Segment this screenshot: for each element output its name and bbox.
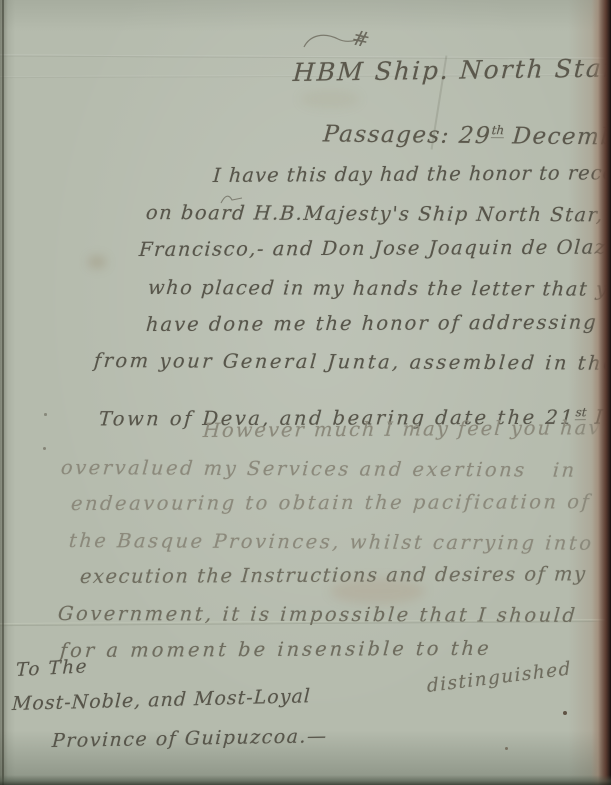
catchword: distinguished — [426, 658, 572, 697]
left-edge-line — [2, 0, 4, 785]
heading-ship-line: HBM Ship. North Star. — [292, 53, 611, 87]
body-line: I have this day had the honor to receive — [212, 161, 611, 187]
stain-smudge — [88, 256, 106, 268]
body-line: on board H.B.Majesty's Ship North Star, … — [145, 201, 611, 227]
heading-date-pre: Passages: 29 — [322, 121, 492, 149]
stain-speck — [563, 711, 567, 715]
body-line: who placed in my hands the letter that y… — [147, 276, 611, 301]
address-line-3: Province of Guipuzcoa.— — [51, 725, 328, 752]
body-line: Government, it is impossible that I shou… — [57, 602, 578, 627]
body-line: the Basque Provinces, whilst carrying in… — [68, 529, 594, 555]
body-line: However much I may feel you have — [202, 416, 611, 442]
stain-speck — [44, 413, 47, 416]
body-line: for a moment be insensible to the — [59, 637, 492, 662]
body-line: overvalued my Services and exertions in — [60, 456, 577, 482]
address-line-1: To The — [16, 656, 88, 681]
address-line-2: Most-Noble, and Most-Loyal — [12, 685, 312, 715]
bottom-edge-shadow — [0, 775, 611, 785]
stain-speck — [43, 447, 46, 450]
body-line: execution the Instructions and desires o… — [79, 562, 587, 588]
left-edge-shadow — [0, 0, 8, 785]
body-line: have done me the honor of addressing to … — [145, 310, 611, 336]
body-line: endeavouring to obtain the pacification … — [70, 490, 592, 515]
hash-mark: # — [350, 25, 372, 52]
body-line: from your General Junta, assembled in th… — [93, 349, 611, 375]
body-line: Francisco,- and Don Jose Joaquin de Olaz… — [138, 235, 611, 261]
heading-date-post: December 1839. — [503, 123, 611, 151]
letter-scan-page: # HBM Ship. North Star. Passages: 29th D… — [0, 0, 611, 785]
stain-speck — [505, 747, 508, 750]
